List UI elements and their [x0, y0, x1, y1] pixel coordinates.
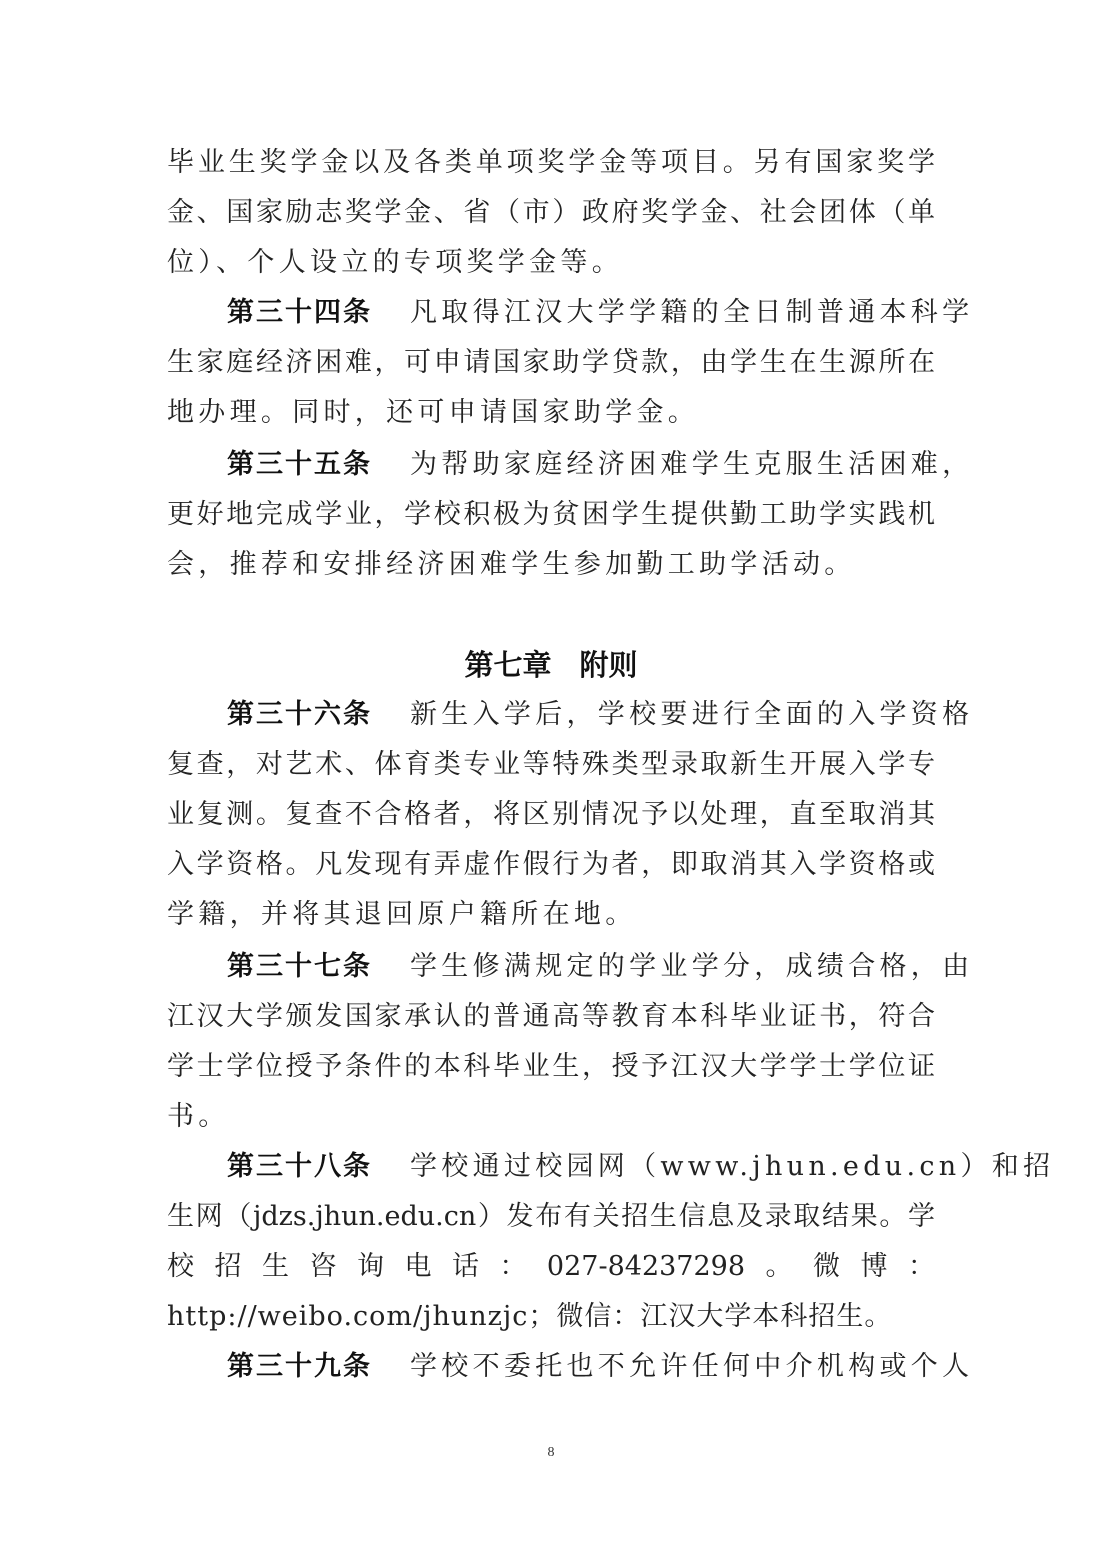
- article-label: 第三十八条: [227, 1151, 372, 1182]
- paragraph-line: 校招生咨询电话：027-84237298。微博：: [167, 1242, 935, 1292]
- paragraph-line: 生网（jdzs.jhun.edu.cn）发布有关招生信息及录取结果。学: [167, 1192, 935, 1242]
- paragraph-line: http://weibo.com/jhunzjc；微信：江汉大学本科招生。: [167, 1292, 935, 1342]
- article-label: 第三十九条: [227, 1351, 372, 1382]
- article-36-first-line: 第三十六条新生入学后，学校要进行全面的入学资格: [167, 690, 935, 740]
- chapter-number: 第七章: [464, 648, 551, 682]
- article-text: 学生修满规定的学业学分，成绩合格，由: [410, 951, 973, 982]
- page-number: 8: [0, 1445, 1102, 1461]
- document-page: 毕业生奖学金以及各类单项奖学金等项目。另有国家奖学 金、国家励志奖学金、省（市）…: [0, 0, 1102, 1559]
- paragraph-line: 毕业生奖学金以及各类单项奖学金等项目。另有国家奖学: [167, 138, 935, 188]
- article-39-first-line: 第三十九条学校不委托也不允许任何中介机构或个人: [167, 1342, 935, 1392]
- article-text: 学校不委托也不允许任何中介机构或个人: [410, 1351, 973, 1382]
- paragraph-line: 江汉大学颁发国家承认的普通高等教育本科毕业证书，符合: [167, 992, 935, 1042]
- article-label: 第三十七条: [227, 951, 372, 982]
- paragraph-line: 会，推荐和安排经济困难学生参加勤工助学活动。: [167, 540, 935, 590]
- paragraph-line: 学士学位授予条件的本科毕业生，授予江汉大学学士学位证: [167, 1042, 935, 1092]
- article-label: 第三十五条: [227, 449, 372, 480]
- paragraph-line: 地办理。同时，还可申请国家助学金。: [167, 388, 935, 438]
- article-label: 第三十四条: [227, 297, 372, 328]
- chapter-title: 附则: [580, 648, 638, 682]
- article-text: 学校通过校园网（www.jhun.edu.cn）和招: [410, 1151, 1054, 1182]
- chapter-heading: 第七章附则: [0, 640, 1102, 690]
- paragraph-line: 位）、个人设立的专项奖学金等。: [167, 238, 935, 288]
- article-38-first-line: 第三十八条学校通过校园网（www.jhun.edu.cn）和招: [167, 1142, 935, 1192]
- paragraph-line: 学籍，并将其退回原户籍所在地。: [167, 890, 935, 940]
- article-label: 第三十六条: [227, 699, 372, 730]
- article-text: 为帮助家庭经济困难学生克服生活困难，: [410, 449, 973, 480]
- paragraph-line: 业复测。复查不合格者，将区别情况予以处理，直至取消其: [167, 790, 935, 840]
- article-34-first-line: 第三十四条凡取得江汉大学学籍的全日制普通本科学: [167, 288, 935, 338]
- article-text: 新生入学后，学校要进行全面的入学资格: [410, 699, 973, 730]
- article-37-first-line: 第三十七条学生修满规定的学业学分，成绩合格，由: [167, 942, 935, 992]
- paragraph-line: 复查，对艺术、体育类专业等特殊类型录取新生开展入学专: [167, 740, 935, 790]
- article-text: 凡取得江汉大学学籍的全日制普通本科学: [410, 297, 973, 328]
- paragraph-line: 更好地完成学业，学校积极为贫困学生提供勤工助学实践机: [167, 490, 935, 540]
- paragraph-line: 生家庭经济困难，可申请国家助学贷款，由学生在生源所在: [167, 338, 935, 388]
- paragraph-line: 金、国家励志奖学金、省（市）政府奖学金、社会团体（单: [167, 188, 935, 238]
- paragraph-line: 书。: [167, 1092, 935, 1142]
- paragraph-line: 入学资格。凡发现有弄虚作假行为者，即取消其入学资格或: [167, 840, 935, 890]
- article-35-first-line: 第三十五条为帮助家庭经济困难学生克服生活困难，: [167, 440, 935, 490]
